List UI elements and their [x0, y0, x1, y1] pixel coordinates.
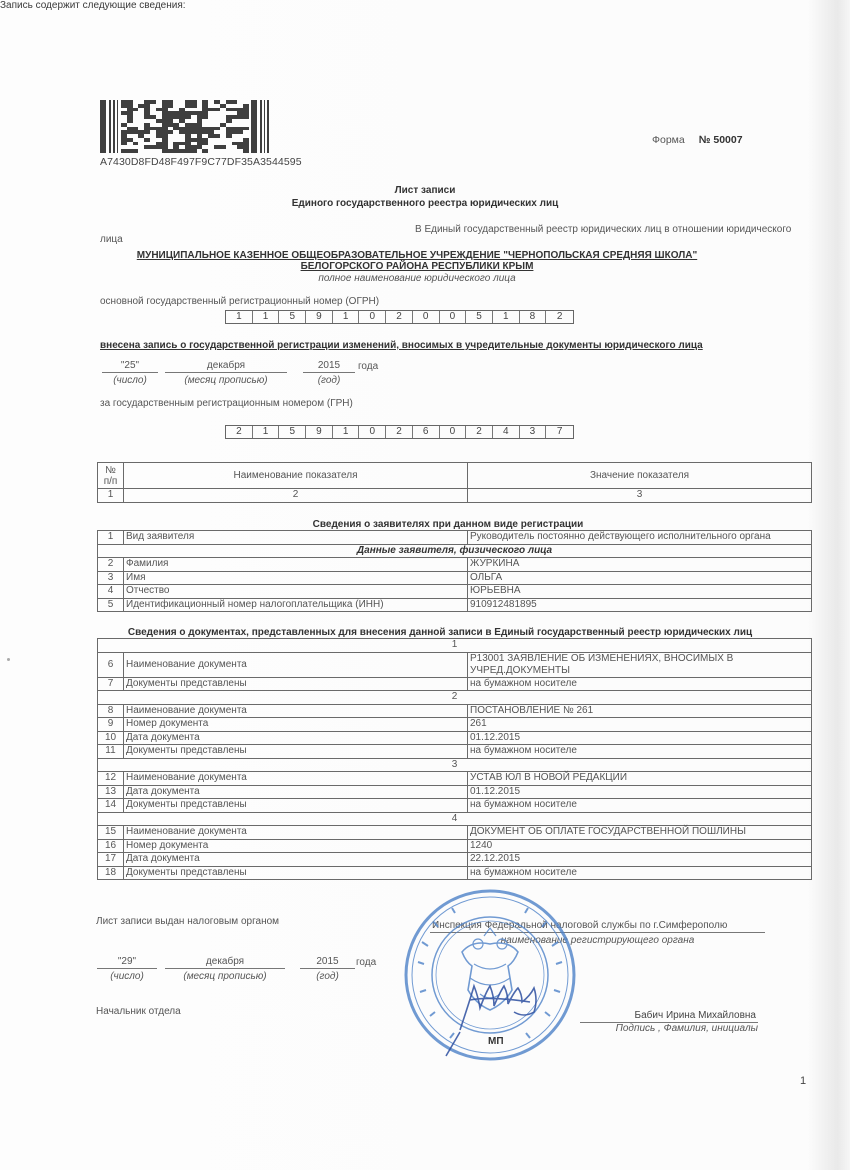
contents-header-table: № п/п Наименование показателя Значение п…: [97, 462, 812, 503]
table-row: 17Дата документа22.12.2015: [98, 853, 812, 867]
stamp-label: МП: [488, 1036, 504, 1047]
document-group-header: 1: [98, 639, 812, 653]
row-indicator-value: ЖУРКИНА: [468, 558, 812, 572]
row-number: 4: [98, 585, 124, 599]
row-number: 3: [98, 571, 124, 585]
scan-artifact: [7, 658, 10, 661]
form-number: Форма№ 50007: [652, 134, 743, 146]
row-indicator-value: ПОСТАНОВЛЕНИЕ № 261: [468, 704, 812, 718]
header-col-number-3: 3: [468, 489, 812, 503]
row-indicator-value: ЮРЬЕВНА: [468, 585, 812, 599]
form-label: Форма: [652, 134, 685, 146]
entry-month: декабря (месяц прописью): [165, 360, 287, 386]
grn-digit: 3: [520, 426, 547, 438]
row-number: 6: [98, 652, 124, 677]
ogrn-digit: 1: [333, 311, 360, 323]
table-row: 11Документы представленына бумажном носи…: [98, 745, 812, 759]
row-indicator-value: 01.12.2015: [468, 731, 812, 745]
row-indicator-name: Документы представлены: [124, 745, 468, 759]
grn-digit: 0: [440, 426, 467, 438]
table-row: 14Документы представленына бумажном носи…: [98, 799, 812, 813]
header-number: № п/п: [98, 463, 124, 489]
issue-year: 2015 (год): [300, 956, 355, 982]
documents-title: Сведения о документах, представленных дл…: [0, 627, 850, 638]
row-number: 1: [98, 531, 124, 545]
page-number: 1: [800, 1075, 806, 1087]
row-indicator-name: Дата документа: [124, 853, 468, 867]
ogrn-digit: 0: [413, 311, 440, 323]
row-indicator-value: 910912481895: [468, 598, 812, 612]
row-number: 5: [98, 598, 124, 612]
issue-month: декабря (месяц прописью): [165, 956, 285, 982]
row-indicator-name: Документы представлены: [124, 677, 468, 691]
row-number: 10: [98, 731, 124, 745]
signer-name: Бабич Ирина Михайловна: [620, 1010, 756, 1021]
table-row: 5Идентификационный номер налогоплательщи…: [98, 598, 812, 612]
document-group-header-cell: 2: [98, 691, 812, 705]
table-row: 12Наименование документаУСТАВ ЮЛ В НОВОЙ…: [98, 772, 812, 786]
table-row: 3ИмяОЛЬГА: [98, 571, 812, 585]
applicants-table: 1Вид заявителяРуководитель постоянно дей…: [97, 530, 812, 612]
organization-caption: полное наименование юридического лица: [0, 273, 842, 284]
organization-name-line2: БЕЛОГОРСКОГО РАЙОНА РЕСПУБЛИКИ КРЫМ: [0, 261, 842, 272]
ogrn-digit: 2: [386, 311, 413, 323]
row-number: 17: [98, 853, 124, 867]
table-row: 16Номер документа1240: [98, 839, 812, 853]
grn-label: за государственным регистрационным номер…: [100, 398, 353, 409]
ogrn-digit: 1: [493, 311, 520, 323]
row-number: 13: [98, 785, 124, 799]
row-indicator-value: на бумажном носителе: [468, 677, 812, 691]
issue-day: "29" (число): [97, 956, 157, 982]
row-indicator-name: Дата документа: [124, 785, 468, 799]
header-col-number-1: 1: [98, 489, 124, 503]
row-indicator-value: на бумажном носителе: [468, 866, 812, 880]
grn-digit: 5: [279, 426, 306, 438]
row-indicator-value: Р13001 ЗАЯВЛЕНИЕ ОБ ИЗМЕНЕНИЯХ, ВНОСИМЫХ…: [468, 652, 812, 677]
row-indicator-name: Дата документа: [124, 731, 468, 745]
header-indicator-value: Значение показателя: [468, 463, 812, 489]
document-group-header: 2: [98, 691, 812, 705]
signer-caption: Подпись , Фамилия, инициалы: [600, 1023, 758, 1034]
barcode-code: A7430D8FD48F497F9C77DF35A3544595: [100, 156, 302, 168]
entry-year-suffix: года: [358, 361, 378, 372]
row-indicator-name: Имя: [124, 571, 468, 585]
table-row: 1Вид заявителяРуководитель постоянно дей…: [98, 531, 812, 545]
ogrn-digit: 8: [520, 311, 547, 323]
grn-digit: 0: [359, 426, 386, 438]
document-group-header: 4: [98, 812, 812, 826]
row-indicator-name: Номер документа: [124, 718, 468, 732]
document-group-header-cell: 4: [98, 812, 812, 826]
issue-year-suffix: года: [356, 957, 376, 968]
row-indicator-name: Наименование документа: [124, 772, 468, 786]
row-indicator-value: 22.12.2015: [468, 853, 812, 867]
document-group-header-cell: 3: [98, 758, 812, 772]
document-page: A7430D8FD48F497F9C77DF35A3544595 Форма№ …: [0, 0, 850, 1170]
table-row: 7Документы представленына бумажном носит…: [98, 677, 812, 691]
table-row: 2ФамилияЖУРКИНА: [98, 558, 812, 572]
document-group-header: 3: [98, 758, 812, 772]
intro-tail: лица: [100, 234, 123, 245]
row-number: 14: [98, 799, 124, 813]
grn-digit: 6: [413, 426, 440, 438]
row-indicator-value: 261: [468, 718, 812, 732]
organization-name-line1: МУНИЦИПАЛЬНОЕ КАЗЕННОЕ ОБЩЕОБРАЗОВАТЕЛЬН…: [0, 250, 842, 261]
stamp-seal-icon: МП: [400, 882, 580, 1064]
ogrn-digit: 0: [359, 311, 386, 323]
barcode: [100, 100, 278, 153]
row-number: 15: [98, 826, 124, 840]
grn-digit: 1: [253, 426, 280, 438]
entry-year: 2015 (год): [303, 360, 355, 386]
ogrn-digit: 5: [279, 311, 306, 323]
row-number: 18: [98, 866, 124, 880]
ogrn-digits: 1159102005182: [225, 310, 574, 324]
official-stamp: МП: [400, 882, 580, 1064]
table-row: 4ОтчествоЮРЬЕВНА: [98, 585, 812, 599]
row-indicator-value: Руководитель постоянно действующего испо…: [468, 531, 812, 545]
row-indicator-name: Наименование документа: [124, 826, 468, 840]
row-indicator-name: Документы представлены: [124, 866, 468, 880]
ogrn-digit: 2: [546, 311, 573, 323]
row-number: 9: [98, 718, 124, 732]
ogrn-digit: 0: [440, 311, 467, 323]
row-number: 8: [98, 704, 124, 718]
entry-day: "25" (число): [102, 360, 158, 386]
row-indicator-name: Наименование документа: [124, 652, 468, 677]
table-row: 15Наименование документаДОКУМЕНТ ОБ ОПЛА…: [98, 826, 812, 840]
row-indicator-name: Наименование документа: [124, 704, 468, 718]
table-row: 9Номер документа261: [98, 718, 812, 732]
row-indicator-value: ОЛЬГА: [468, 571, 812, 585]
applicant-subheader-cell: Данные заявителя, физического лица: [98, 544, 812, 558]
row-number: 12: [98, 772, 124, 786]
row-indicator-name: Вид заявителя: [124, 531, 468, 545]
ogrn-digit: 9: [306, 311, 333, 323]
grn-digit: 2: [386, 426, 413, 438]
table-row: 13Дата документа01.12.2015: [98, 785, 812, 799]
intro-text: В Единый государственный реестр юридичес…: [415, 224, 791, 235]
ogrn-label: основной государственный регистрационный…: [100, 296, 379, 307]
ogrn-digit: 5: [466, 311, 493, 323]
row-indicator-name: Идентификационный номер налогоплательщик…: [124, 598, 468, 612]
row-indicator-name: Фамилия: [124, 558, 468, 572]
row-indicator-value: 01.12.2015: [468, 785, 812, 799]
row-number: 11: [98, 745, 124, 759]
contents-label: Запись содержит следующие сведения:: [0, 0, 186, 11]
header-indicator-name: Наименование показателя: [124, 463, 468, 489]
table-row: 18Документы представленына бумажном носи…: [98, 866, 812, 880]
row-indicator-value: ДОКУМЕНТ ОБ ОПЛАТЕ ГОСУДАРСТВЕННОЙ ПОШЛИ…: [468, 826, 812, 840]
row-number: 2: [98, 558, 124, 572]
row-indicator-name: Номер документа: [124, 839, 468, 853]
grn-digit: 7: [546, 426, 573, 438]
row-indicator-value: на бумажном носителе: [468, 745, 812, 759]
documents-table: 16Наименование документаР13001 ЗАЯВЛЕНИЕ…: [97, 638, 812, 880]
row-indicator-value: на бумажном носителе: [468, 799, 812, 813]
issued-label: Лист записи выдан налоговым органом: [96, 916, 279, 927]
row-indicator-value: УСТАВ ЮЛ В НОВОЙ РЕДАКЦИИ: [468, 772, 812, 786]
table-row: 10Дата документа01.12.2015: [98, 731, 812, 745]
grn-digit: 1: [333, 426, 360, 438]
table-row: 8Наименование документаПОСТАНОВЛЕНИЕ № 2…: [98, 704, 812, 718]
header-col-number-2: 2: [124, 489, 468, 503]
grn-digit: 9: [306, 426, 333, 438]
applicants-title: Сведения о заявителях при данном виде ре…: [0, 519, 850, 530]
row-number: 7: [98, 677, 124, 691]
grn-digit: 4: [493, 426, 520, 438]
row-number: 16: [98, 839, 124, 853]
grn-digit: 2: [226, 426, 253, 438]
row-indicator-value: 1240: [468, 839, 812, 853]
ogrn-digit: 1: [253, 311, 280, 323]
row-indicator-name: Документы представлены: [124, 799, 468, 813]
signer-position: Начальник отдела: [96, 1006, 181, 1017]
applicant-subheader: Данные заявителя, физического лица: [98, 544, 812, 558]
entry-description: внесена запись о государственной регистр…: [100, 340, 703, 351]
doc-title: Лист записи: [0, 185, 850, 196]
form-number-value: № 50007: [699, 134, 743, 146]
doc-subtitle: Единого государственного реестра юридиче…: [0, 198, 850, 209]
row-indicator-name: Отчество: [124, 585, 468, 599]
grn-digits: 2159102602437: [225, 425, 574, 439]
ogrn-digit: 1: [226, 311, 253, 323]
table-row: 6Наименование документаР13001 ЗАЯВЛЕНИЕ …: [98, 652, 812, 677]
document-group-header-cell: 1: [98, 639, 812, 653]
grn-digit: 2: [466, 426, 493, 438]
